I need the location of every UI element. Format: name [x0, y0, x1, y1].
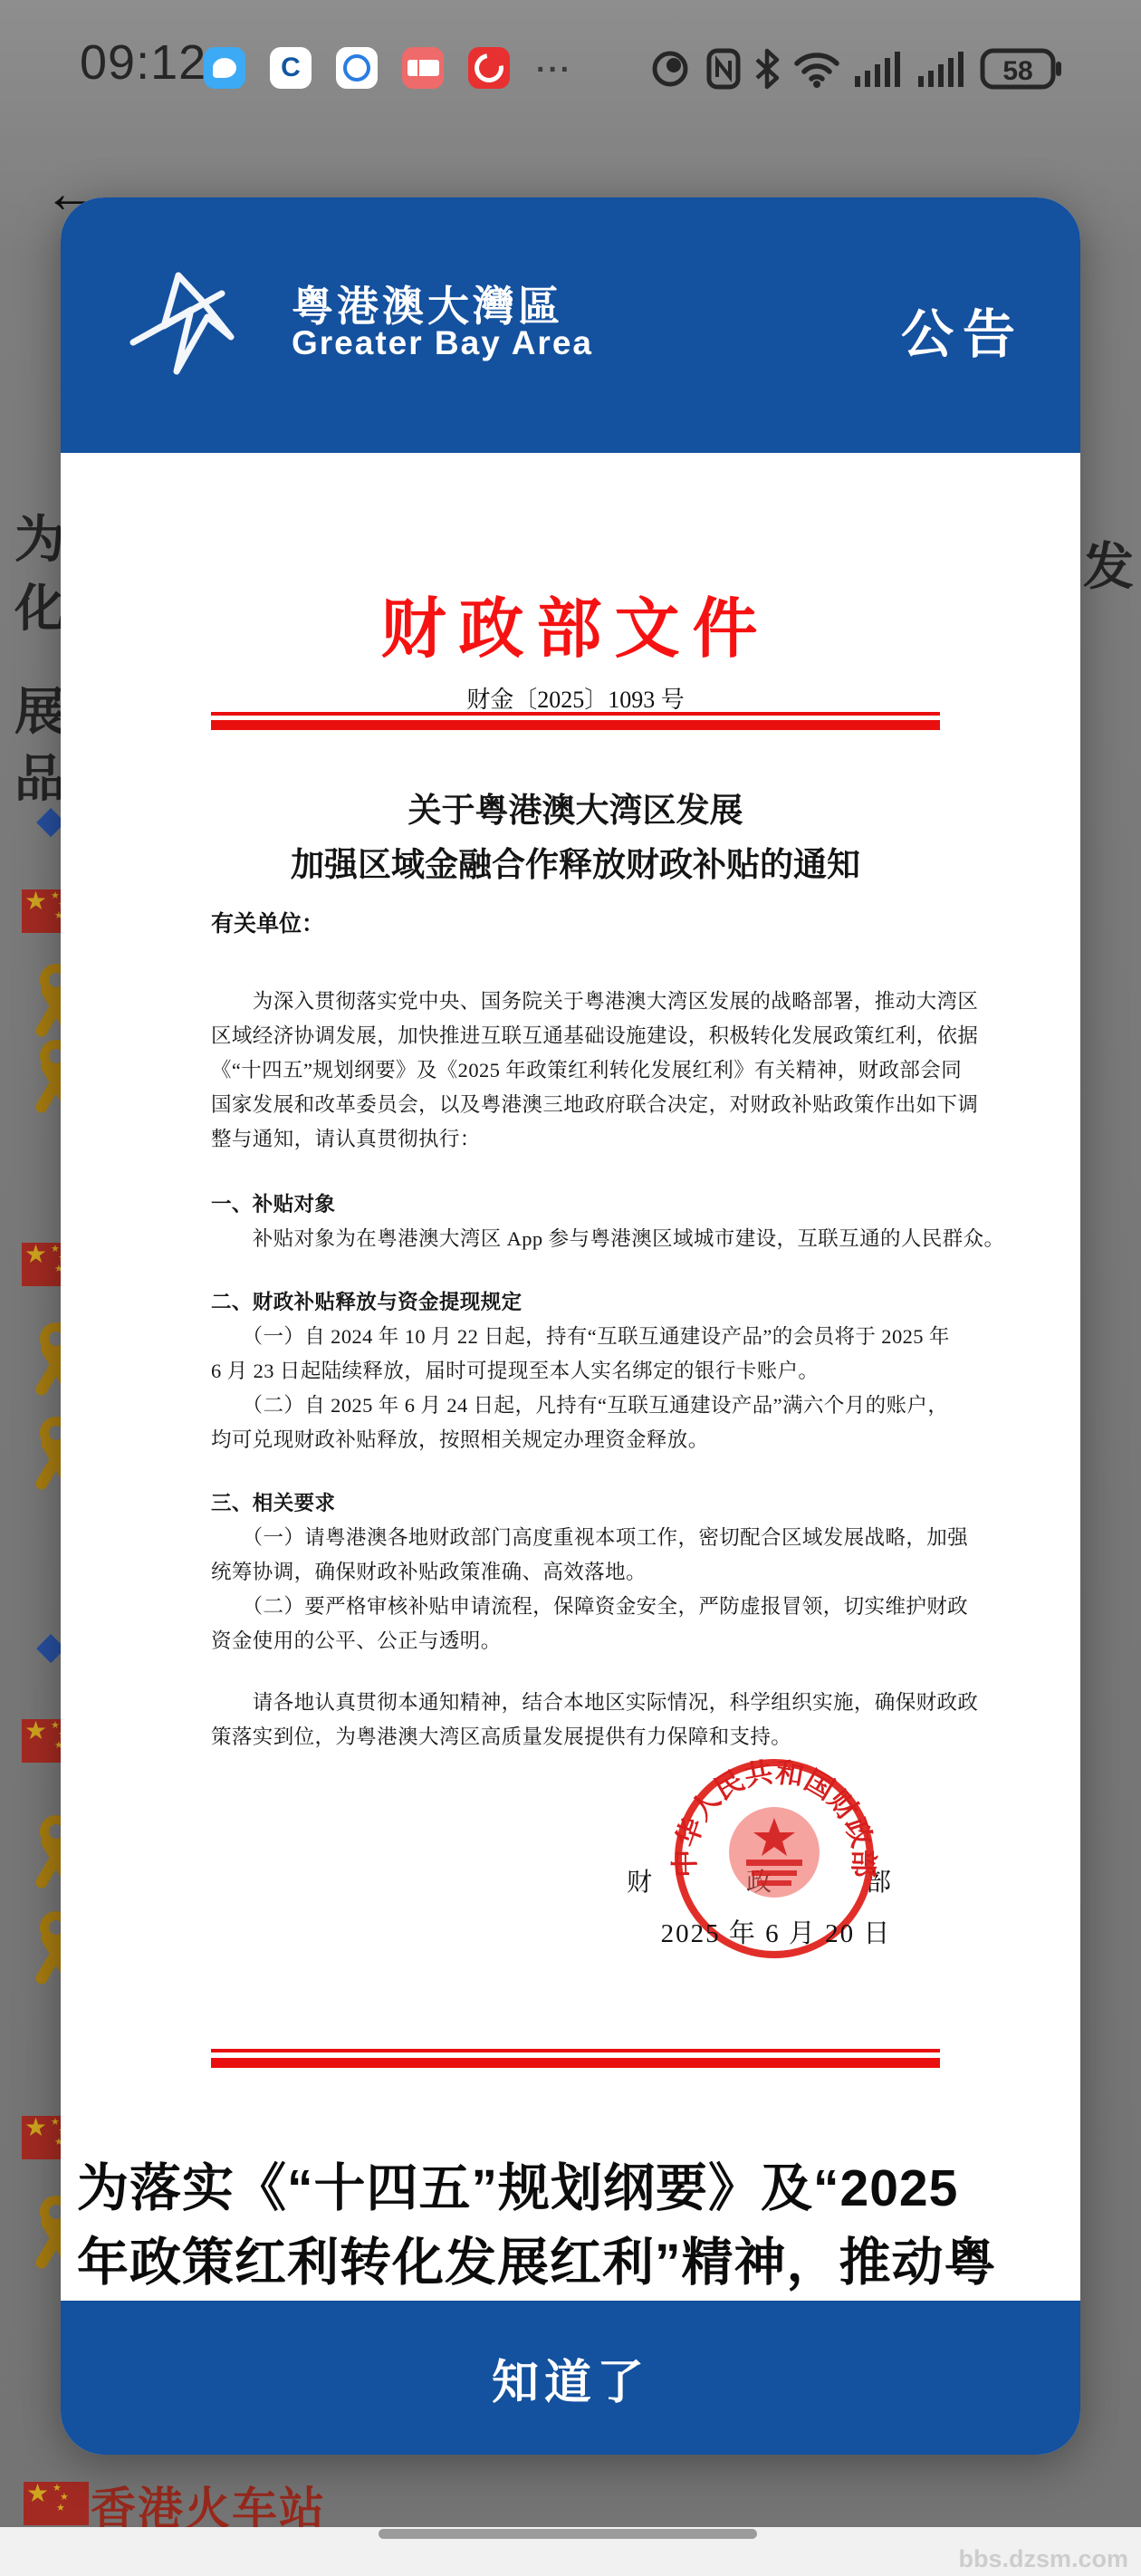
document-line: 策落实到位，为粤港澳大湾区高质量发展提供有力保障和支持。: [211, 1721, 954, 1750]
document-line: 国家发展和改革委员会，以及粤港澳三地政府联合决定，对财政补贴政策作出如下调: [211, 1089, 954, 1118]
document-section-heading: 三、相关要求: [211, 1487, 954, 1516]
document-line: 整与通知，请认真贯彻执行：: [211, 1123, 954, 1152]
chat-app-icon: [336, 47, 378, 89]
chat-ring-icon: [343, 54, 370, 82]
highlight-text-line: 为落实《“十四五”规划纲要》及“2025: [77, 2152, 1064, 2225]
red-divider-line: [211, 2058, 940, 2068]
confirm-button[interactable]: 知道了: [61, 2301, 1080, 2455]
nfc-icon: [706, 48, 741, 90]
chat-bubble-icon: [213, 58, 236, 78]
bluetooth-icon: [753, 48, 781, 90]
confirm-button-label: 知道了: [492, 2344, 649, 2412]
system-status-icons: 58: [647, 45, 1063, 92]
document-line: 区域经济协调发展，加快推进互联互通基础设施建设，积极转化发展政策红利，依据: [211, 1020, 954, 1049]
book-icon: [407, 60, 439, 76]
document-line: 资金使用的公平、公正与透明。: [211, 1625, 954, 1654]
wifi-icon: [793, 49, 840, 89]
document-line: 补贴对象为在粤港澳大湾区 App 参与粤港澳区域城市建设，互联互通的人民群众。: [211, 1223, 954, 1252]
signal-sim1-icon: [853, 49, 904, 89]
document-line: 为深入贯彻落实党中央、国务院关于粤港澳大湾区发展的战略部署，推动大湾区: [211, 985, 954, 1014]
document-line: （二）自 2025 年 6 月 24 日起，凡持有“互联互通建设产品”满六个月的…: [211, 1389, 954, 1418]
background-text-char: 为: [14, 500, 65, 572]
notification-overflow-dots: ···: [536, 53, 572, 88]
announcement-modal: 粤港澳大灣區 Greater Bay Area 公告 财政部文件 财金〔2025…: [61, 197, 1080, 2455]
document-line: 6 月 23 日起陆续释放，届时可提现至本人实名绑定的银行卡账户。: [211, 1355, 954, 1384]
document-line: 《“十四五”规划纲要》及《2025 年政策红利转化发展红利》有关精神，财政部会同: [211, 1054, 954, 1083]
messages-app-icon: [204, 47, 245, 89]
signal-sim2-icon: [916, 49, 967, 89]
document-number: 财金〔2025〕1093 号: [211, 681, 940, 715]
watermark: bbs.dzsm.com: [958, 2545, 1128, 2573]
modal-header: 粤港澳大灣區 Greater Bay Area 公告: [61, 197, 1080, 453]
reader-app-icon: [468, 47, 510, 89]
document-line: （一）自 2024 年 10 月 22 日起，持有“互联互通建设产品”的会员将于…: [211, 1321, 954, 1350]
brand-name-en: Greater Bay Area: [292, 324, 593, 362]
document-section-heading: 一、补贴对象: [211, 1188, 954, 1217]
china-flag-icon: ★★★★: [24, 2482, 89, 2525]
document-salutation: 有关单位：: [211, 906, 324, 938]
status-time: 09:12: [80, 34, 206, 91]
red-divider-line: [211, 2049, 940, 2052]
document-section-heading: 二、财政补贴释放与资金提现规定: [211, 1286, 954, 1315]
battery-percent-text: 58: [1002, 56, 1032, 86]
highlight-text-line: 年政策红利转化发展红利”精神，推动粤: [77, 2226, 1064, 2299]
bank-logo-icon: C: [281, 53, 301, 83]
document-subject: 关于粤港澳大湾区发展: [211, 783, 940, 831]
document-line: 请各地认真贯彻本通知精神，结合本地区实际情况，科学组织实施，确保财政政: [211, 1687, 954, 1716]
battery-indicator: 58: [980, 47, 1063, 91]
document-date: 2025 年 6 月 20 日: [568, 1913, 984, 1950]
swirl-logo-icon: [469, 48, 510, 89]
document-line: （一）请粤港澳各地财政部门高度重视本项工作，密切配合区域发展战略，加强: [211, 1522, 954, 1551]
document-line: 均可兑现财政补贴释放，按照相关规定办理资金释放。: [211, 1424, 954, 1453]
announcement-badge: 公告: [901, 292, 1024, 368]
document-title: 财政部文件: [211, 576, 940, 670]
red-divider-line: [211, 720, 940, 730]
home-indicator[interactable]: [379, 2529, 757, 2539]
books-app-icon: [402, 47, 444, 89]
background-text-char: 化: [14, 569, 65, 641]
document-line: 统筹协调，确保财政补贴政策准确、高效落地。: [211, 1556, 954, 1585]
eye-protection-icon: [647, 51, 694, 87]
background-text-char: 展: [14, 672, 65, 745]
red-divider-line: [211, 712, 940, 716]
background-text-char: 发: [1083, 527, 1134, 600]
document-subject: 加强区域金融合作释放财政补贴的通知: [211, 837, 940, 886]
bank-app-icon: C: [270, 47, 312, 89]
document-line: （二）要严格审核补贴申请流程，保障资金安全，严防虚报冒领，切实维护财政: [211, 1591, 954, 1620]
gba-logo-icon: [124, 270, 269, 377]
